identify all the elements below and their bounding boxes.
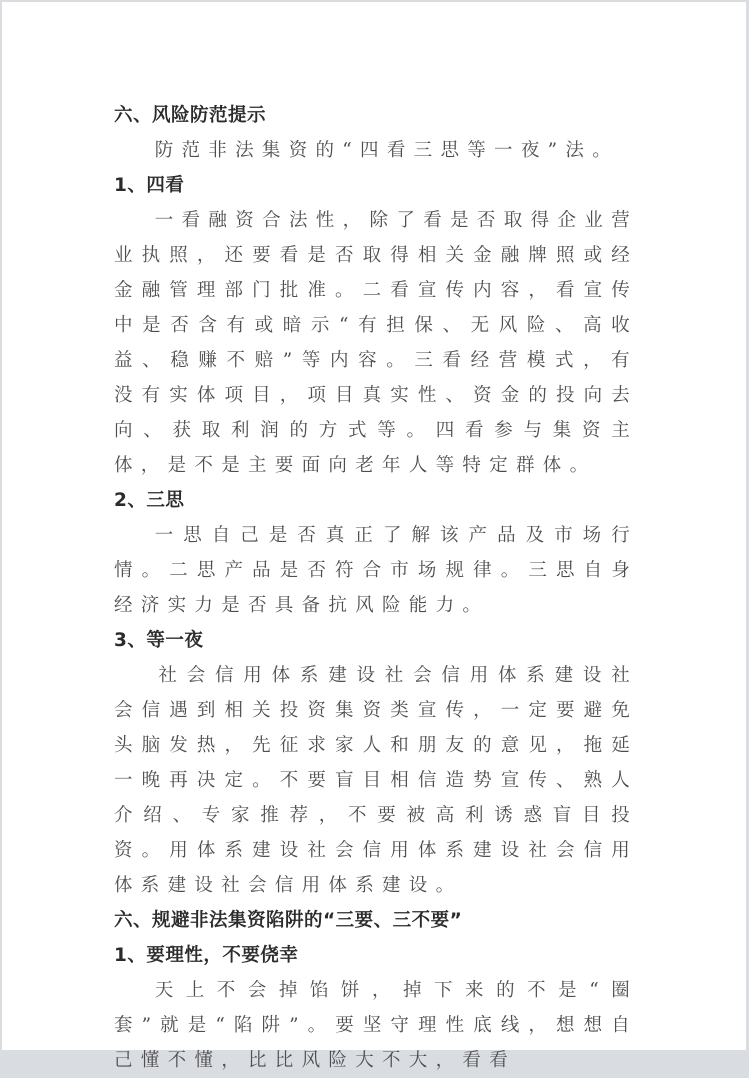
paragraph-four-looks: 一看融资合法性，除了看是否取得企业营业执照，还要看是否取得相关金融牌照或经金融管… [114,203,638,483]
subheading-three-thoughts: 2、三思 [114,483,638,518]
section-heading-risk-tips: 六、风险防范提示 [114,98,638,133]
paragraph-intro: 防范非法集资的“四看三思等一夜”法。 [114,133,638,168]
section-heading-avoid-traps: 六、规避非法集资陷阱的“三要、三不要” [114,903,638,938]
document-page: 六、风险防范提示 防范非法集资的“四看三思等一夜”法。 1、四看 一看融资合法性… [2,2,746,1050]
document-body: 六、风险防范提示 防范非法集资的“四看三思等一夜”法。 1、四看 一看融资合法性… [114,98,638,1050]
subheading-be-rational: 1、要理性，不要侥幸 [114,938,638,973]
paragraph-be-rational: 天上不会掉馅饼，掉下来的不是“圈套”就是“陷阱”。要坚守理性底线，想想自己懂不懂… [114,973,638,1050]
subheading-four-looks: 1、四看 [114,168,638,203]
paragraph-three-thoughts: 一思自己是否真正了解该产品及市场行情。二思产品是否符合市场规律。三思自身经济实力… [114,518,638,623]
paragraph-wait-one-night: 社会信用体系建设社会信用体系建设社会信遇到相关投资集资类宣传，一定要避免头脑发热… [114,658,638,903]
subheading-wait-one-night: 3、等一夜 [114,623,638,658]
